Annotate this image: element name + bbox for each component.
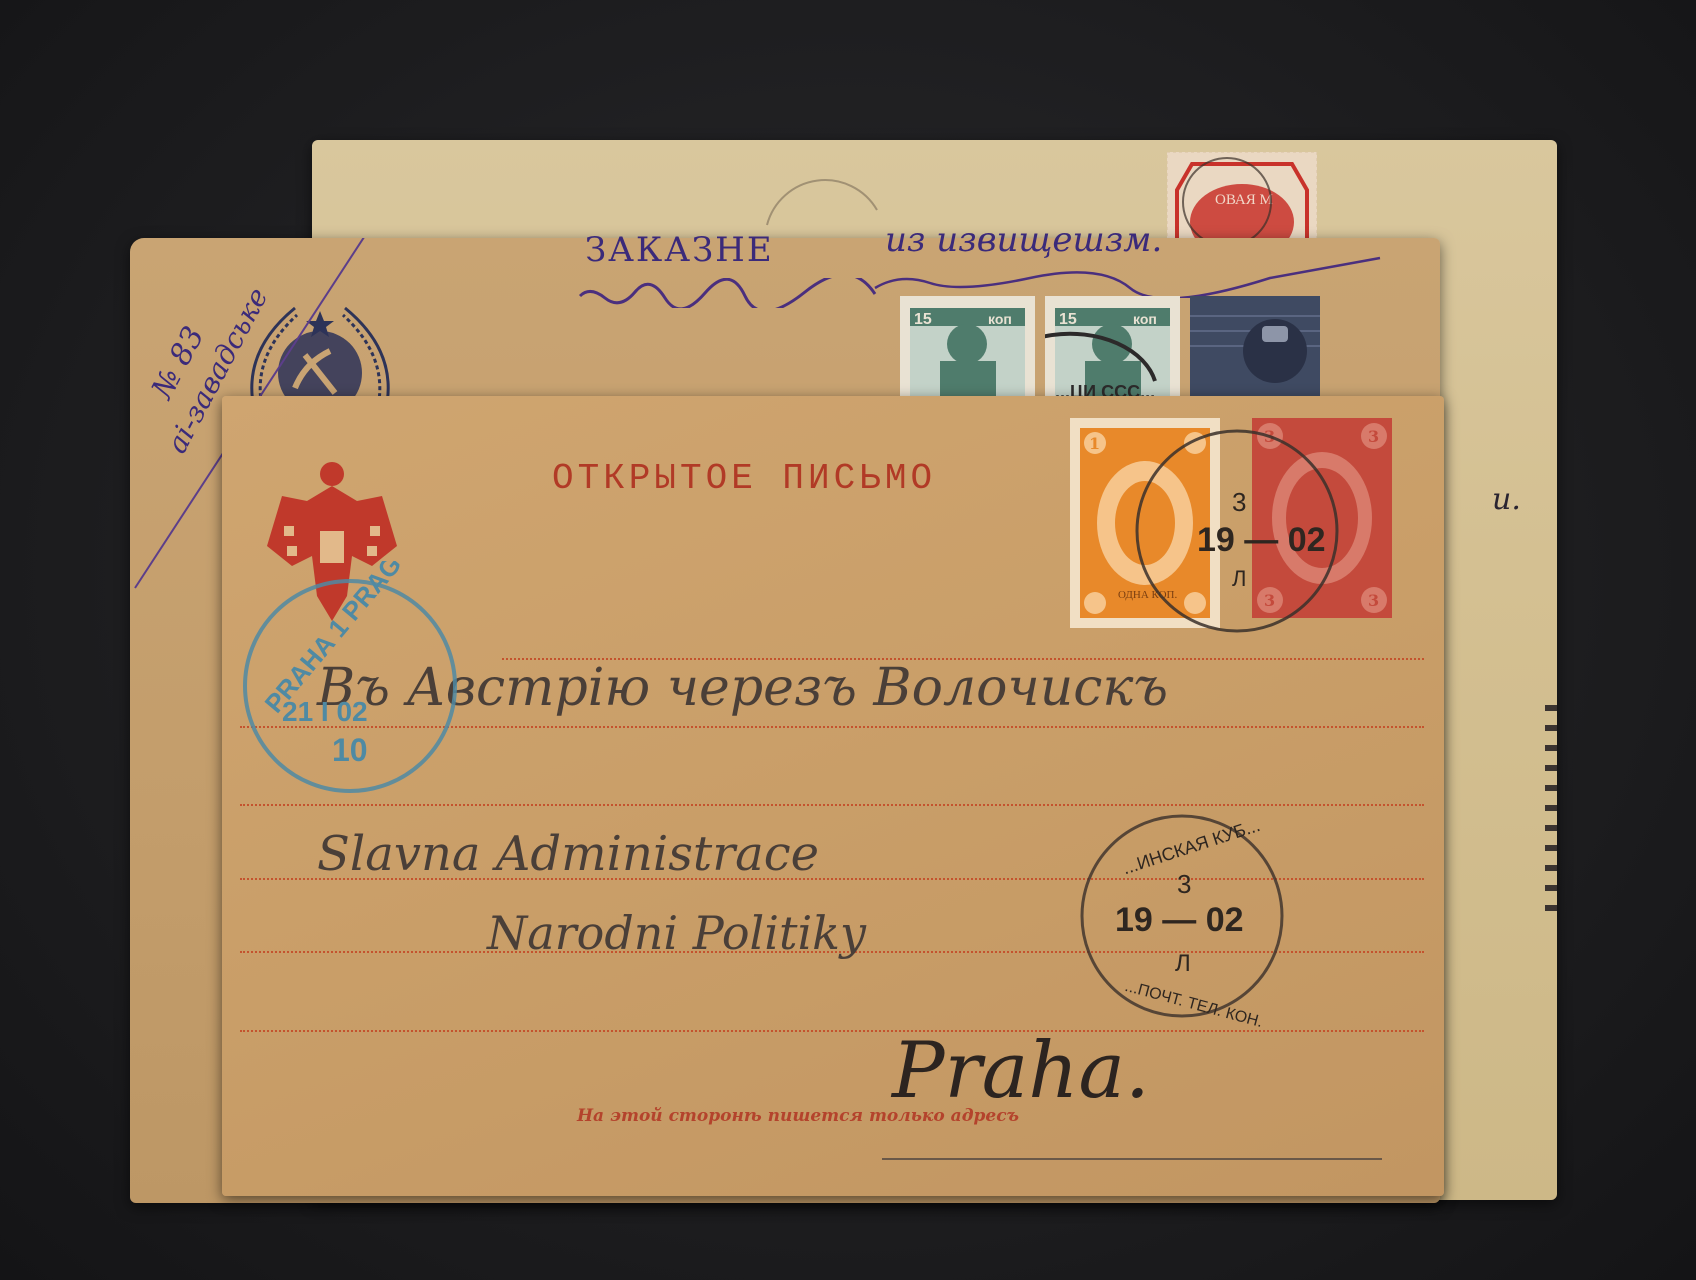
registration-note: ЗАКАЗНЕ [585, 230, 774, 270]
svg-text:3: 3 [1368, 427, 1379, 446]
svg-text:15: 15 [1059, 311, 1077, 328]
svg-text:1: 1 [1089, 434, 1100, 453]
top-note-underline [870, 248, 1390, 298]
postmark-russian-2: ...ИНСКАЯ КУБ... 3 19 — 02 Л ...ПОЧТ. ТЕ… [1067, 801, 1297, 1031]
svg-text:PRAHA 1 PRAG 1: PRAHA 1 PRAG 1 [259, 561, 422, 718]
address-line-2: Slavna Administrace [317, 826, 819, 882]
svg-text:Л: Л [1232, 566, 1246, 591]
svg-text:Л: Л [1175, 950, 1191, 977]
stamp-row: 15 коп 15 коп ...ЦИ ССС... [900, 296, 1320, 406]
postmark-fragment [762, 170, 882, 230]
postcard: ОТКРЫТОЕ ПИСЬМО 1 ОДНА КОП. 3 3 3 3 19 —… [222, 396, 1444, 1196]
svg-text:ОВАЯ М: ОВАЯ М [1215, 192, 1273, 208]
postmark-russian-1: 19 — 02 3 Л [1122, 416, 1352, 646]
signature-underline [882, 1158, 1382, 1160]
svg-text:21 I 02: 21 I 02 [282, 696, 368, 727]
side-ticks [1545, 705, 1557, 925]
svg-text:19 — 02: 19 — 02 [1197, 521, 1326, 559]
red-stamp-fragment: ОВАЯ М [1167, 152, 1317, 242]
svg-text:15: 15 [914, 311, 932, 328]
svg-text:19 — 02: 19 — 02 [1115, 901, 1244, 939]
stamp-15-kop-soldier-2: 15 коп ...ЦИ ССС... [1045, 296, 1180, 406]
card-title: ОТКРЫТОЕ ПИСЬМО [552, 458, 936, 499]
svg-text:3: 3 [1232, 487, 1246, 517]
back-cover-handwriting: и. [1492, 482, 1521, 517]
stamp-15-kop-soldier: 15 коп [900, 296, 1035, 406]
postmark-praha: PRAHA 1 PRAG 1 21 I 02 10 [222, 561, 482, 821]
svg-text:10: 10 [332, 732, 368, 768]
svg-text:3: 3 [1177, 869, 1191, 899]
svg-text:...ПОЧТ. ТЕЛ. КОН.: ...ПОЧТ. ТЕЛ. КОН. [1123, 978, 1264, 1031]
svg-text:коп: коп [1133, 311, 1157, 327]
address-line-4: Praha. [892, 1026, 1150, 1116]
svg-text:3: 3 [1368, 591, 1379, 610]
svg-text:коп: коп [988, 311, 1012, 327]
address-line-3: Narodni Politiky [487, 906, 866, 960]
card-footer-note: На этой сторонѣ пишется только адресъ [577, 1106, 1019, 1126]
stamp-aviator [1190, 296, 1320, 406]
